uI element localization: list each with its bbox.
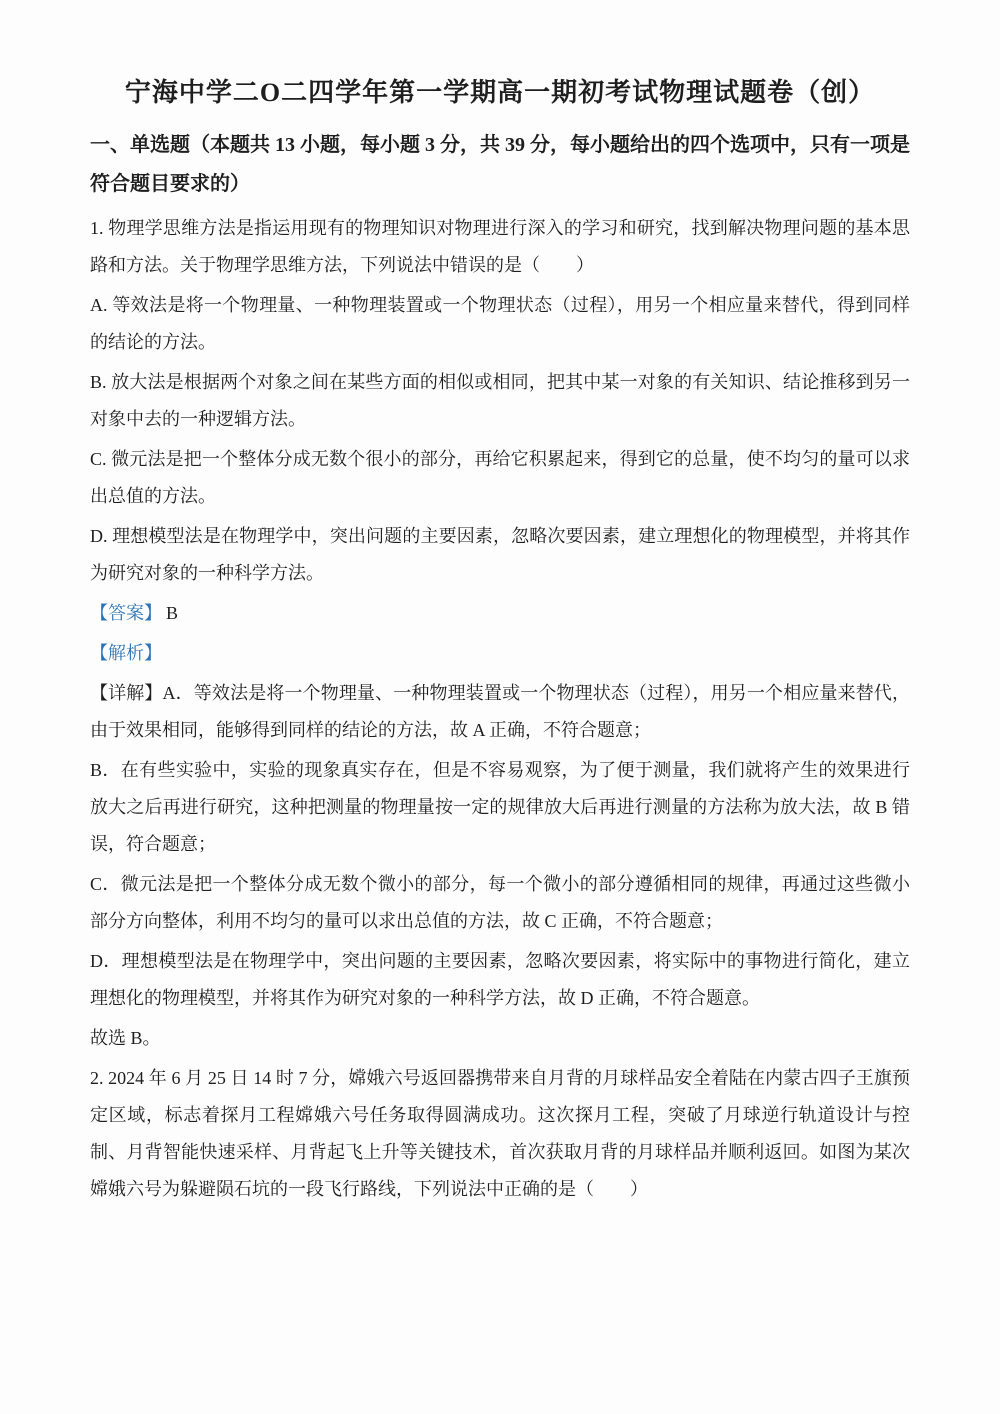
answer-label: 【答案】 xyxy=(90,603,162,623)
q1-option-c: C. 微元法是把一个整体分成无数个很小的部分，再给它积累起来，得到它的总量，使不… xyxy=(90,441,910,515)
q2-stem: 2. 2024 年 6 月 25 日 14 时 7 分，嫦娥六号返回器携带来自月… xyxy=(90,1060,910,1208)
q1-option-a: A. 等效法是将一个物理量、一种物理装置或一个物理状态（过程），用另一个相应量来… xyxy=(90,287,910,361)
page-title: 宁海中学二O二四学年第一学期高一期初考试物理试题卷（创） xyxy=(90,76,910,110)
q1-option-b: B. 放大法是根据两个对象之间在某些方面的相似或相同，把其中某一对象的有关知识、… xyxy=(90,364,910,438)
q1-explanation-c: C．微元法是把一个整体分成无数个微小的部分，每一个微小的部分遵循相同的规律，再通… xyxy=(90,866,910,940)
q1-explanation-b: B．在有些实验中，实验的现象真实存在，但是不容易观察，为了便于测量，我们就将产生… xyxy=(90,752,910,863)
exam-paper-page: 宁海中学二O二四学年第一学期高一期初考试物理试题卷（创） 一、单选题（本题共 1… xyxy=(0,0,1000,1414)
q1-explanation-d: D．理想模型法是在物理学中，突出问题的主要因素，忽略次要因素，将实际中的事物进行… xyxy=(90,943,910,1017)
q1-option-d: D. 理想模型法是在物理学中，突出问题的主要因素，忽略次要因素，建立理想化的物理… xyxy=(90,518,910,592)
q1-conclusion: 故选 B。 xyxy=(90,1020,910,1057)
q1-explanation-a: 【详解】A．等效法是将一个物理量、一种物理装置或一个物理状态（过程），用另一个相… xyxy=(90,675,910,749)
q1-analysis-line: 【解析】 xyxy=(90,635,910,672)
q1-stem: 1. 物理学思维方法是指运用现有的物理知识对物理进行深入的学习和研究，找到解决物… xyxy=(90,210,910,284)
answer-value: B xyxy=(166,603,178,623)
analysis-label: 【解析】 xyxy=(90,643,162,663)
section-heading: 一、单选题（本题共 13 小题，每小题 3 分，共 39 分，每小题给出的四个选… xyxy=(90,126,910,204)
q1-answer-line: 【答案】B xyxy=(90,595,910,632)
